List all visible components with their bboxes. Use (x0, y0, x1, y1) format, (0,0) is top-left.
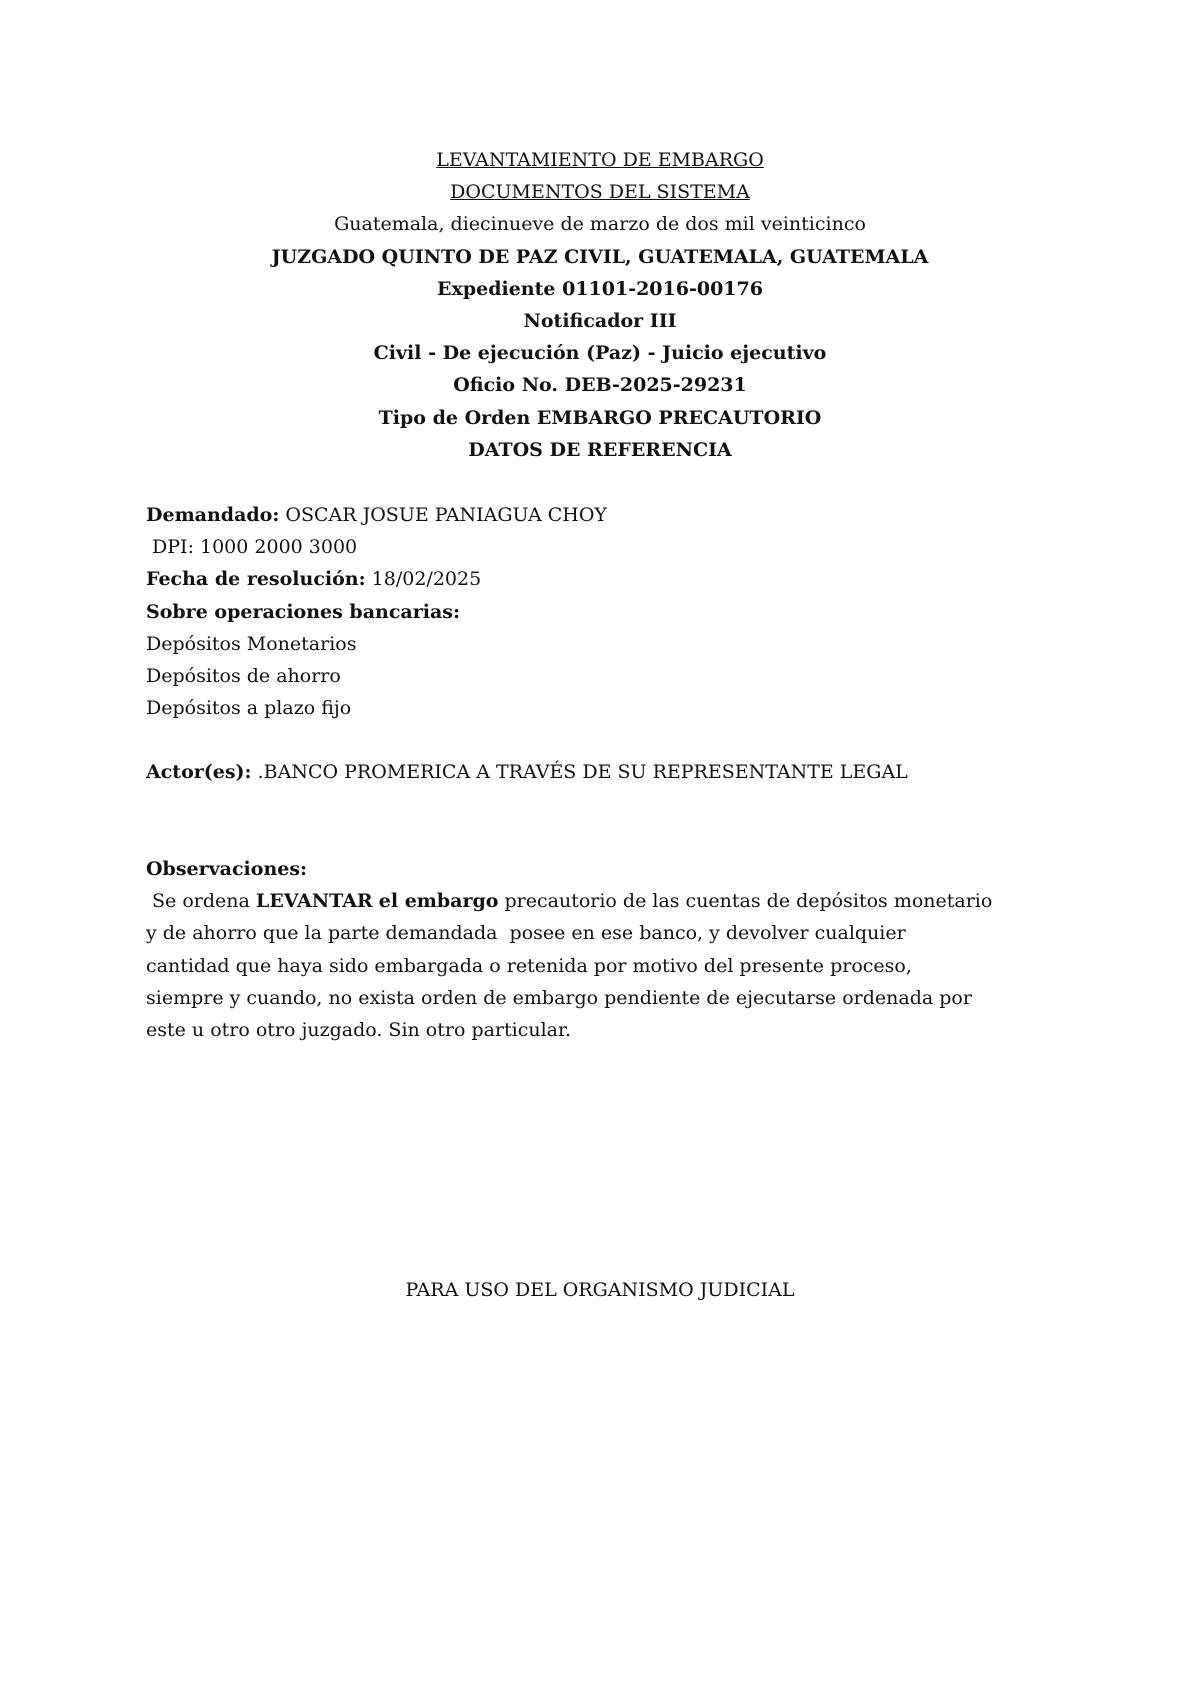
actor-row: Actor(es): .BANCO PROMERICA A TRAVÉS DE … (146, 756, 908, 788)
operacion-item: Depósitos Monetarios (146, 628, 607, 660)
observaciones: Observaciones: Se ordena LEVANTAR el emb… (146, 853, 1086, 1046)
reference-data: Demandado: OSCAR JOSUE PANIAGUA CHOY DPI… (146, 499, 607, 724)
observaciones-line: Se ordena LEVANTAR el embargo precautori… (146, 885, 1086, 917)
dpi-row: DPI: 1000 2000 3000 (146, 531, 607, 563)
oficio-number: Oficio No. DEB-2025-29231 (0, 369, 1200, 401)
operaciones-label: Sobre operaciones bancarias: (146, 596, 607, 628)
court-name: JUZGADO QUINTO DE PAZ CIVIL, GUATEMALA, … (0, 241, 1200, 273)
observaciones-text: Se ordena (146, 890, 256, 912)
case-type: Civil - De ejecución (Paz) - Juicio ejec… (0, 337, 1200, 369)
notificador: Notificador III (0, 305, 1200, 337)
observaciones-label: Observaciones: (146, 853, 1086, 885)
operacion-item: Depósitos a plazo fijo (146, 692, 607, 724)
observaciones-line: siempre y cuando, no exista orden de emb… (146, 982, 1086, 1014)
fecha-row: Fecha de resolución: 18/02/2025 (146, 563, 607, 595)
reference-heading: DATOS DE REFERENCIA (0, 434, 1200, 466)
actor-label: Actor(es): (146, 761, 252, 783)
document-header: LEVANTAMIENTO DE EMBARGO DOCUMENTOS DEL … (0, 144, 1200, 466)
observaciones-line: y de ahorro que la parte demandada posee… (146, 917, 1086, 949)
observaciones-emphasis: LEVANTAR (256, 890, 373, 912)
fecha-value: 18/02/2025 (366, 568, 482, 590)
expediente: Expediente 01101-2016-00176 (0, 273, 1200, 305)
actor-value: .BANCO PROMERICA A TRAVÉS DE SU REPRESEN… (252, 761, 908, 783)
document-subtitle: DOCUMENTOS DEL SISTEMA (0, 176, 1200, 208)
demandado-row: Demandado: OSCAR JOSUE PANIAGUA CHOY (146, 499, 607, 531)
fecha-label: Fecha de resolución: (146, 568, 366, 590)
observaciones-line: este u otro otro juzgado. Sin otro parti… (146, 1014, 1086, 1046)
demandado-label: Demandado: (146, 504, 279, 526)
operacion-item: Depósitos de ahorro (146, 660, 607, 692)
observaciones-line: cantidad que haya sido embargada o reten… (146, 950, 1086, 982)
date-line: Guatemala, diecinueve de marzo de dos mi… (0, 208, 1200, 240)
document-page: LEVANTAMIENTO DE EMBARGO DOCUMENTOS DEL … (0, 0, 1200, 1694)
observaciones-text: precautorio de las cuentas de depósitos … (498, 890, 992, 912)
observaciones-emphasis: el embargo (379, 890, 499, 912)
demandado-value: OSCAR JOSUE PANIAGUA CHOY (279, 504, 607, 526)
document-title: LEVANTAMIENTO DE EMBARGO (0, 144, 1200, 176)
order-type: Tipo de Orden EMBARGO PRECAUTORIO (0, 402, 1200, 434)
footer-text: PARA USO DEL ORGANISMO JUDICIAL (0, 1274, 1200, 1306)
